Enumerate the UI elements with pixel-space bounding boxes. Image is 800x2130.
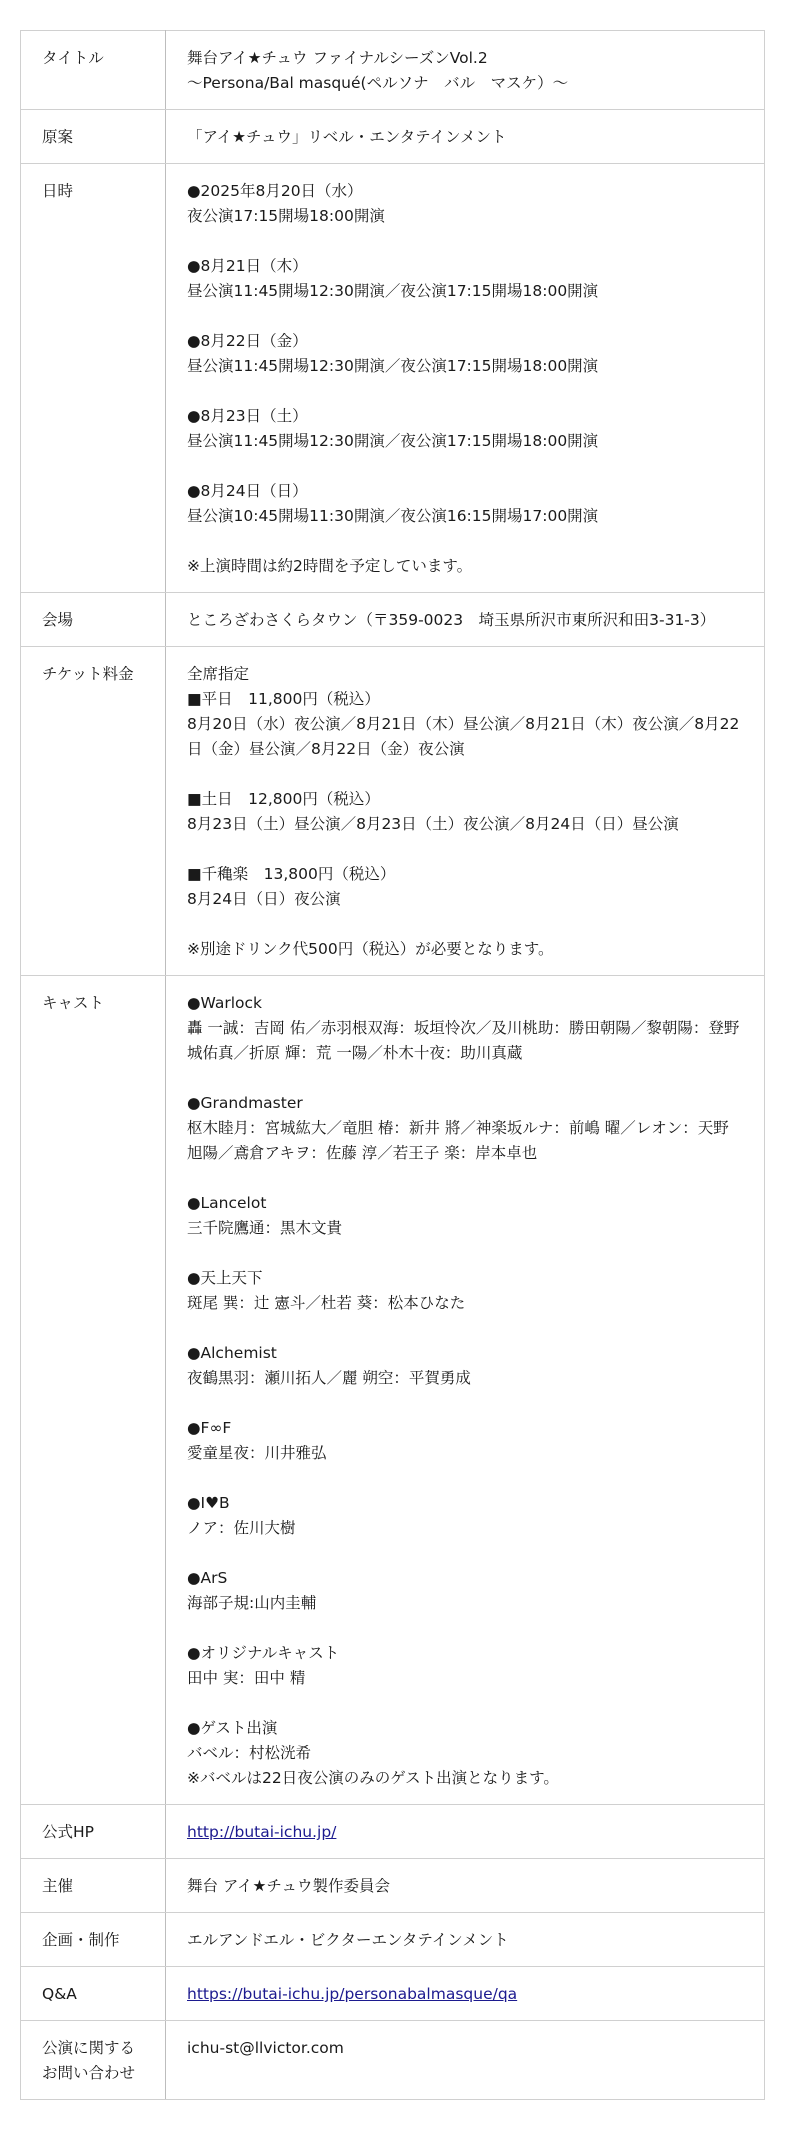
cast-group-members: 海部子規:山内圭輔: [187, 1591, 743, 1616]
ticket-tier-name: ■千穐楽 13,800円（税込）: [187, 862, 743, 887]
cast-group-members: 斑尾 巽：辻 憲斗／杜若 葵：松本ひなた: [187, 1291, 743, 1316]
cast-group-name: ●Grandmaster: [187, 1091, 743, 1116]
ticket-tier-name: ■土日 12,800円（税込）: [187, 787, 743, 812]
ticket-note: ※別途ドリンク代500円（税込）が必要となります。: [187, 937, 743, 962]
schedule-date: ●8月24日（日）: [187, 479, 743, 504]
schedule-date: ●8月22日（金）: [187, 329, 743, 354]
spacer: [187, 1316, 743, 1341]
cast-group-name: ●ArS: [187, 1566, 743, 1591]
spacer: [187, 762, 743, 787]
row-label: 主催: [21, 1859, 166, 1913]
row-value: 全席指定 ■平日 11,800円（税込） 8月20日（水）夜公演／8月21日（木…: [166, 647, 765, 976]
row-label: 企画・制作: [21, 1913, 166, 1967]
row-qa: Q&A https://butai-ichu.jp/personabalmasq…: [21, 1967, 765, 2021]
row-tickets: チケット料金 全席指定 ■平日 11,800円（税込） 8月20日（水）夜公演／…: [21, 647, 765, 976]
row-value: エルアンドエル・ビクターエンタテインメント: [166, 1913, 765, 1967]
schedule-date: ●2025年8月20日（水）: [187, 179, 743, 204]
cast-group-name: ●Warlock: [187, 991, 743, 1016]
row-contact: 公演に関する お問い合わせ ichu-st@llvictor.com: [21, 2021, 765, 2100]
spacer: [187, 1466, 743, 1491]
spacer: [187, 1241, 743, 1266]
cast-group-members: 三千院鷹通：黒木文貴: [187, 1216, 743, 1241]
ticket-tier-performances: 8月20日（水）夜公演／8月21日（木）昼公演／8月21日（木）夜公演／8月22…: [187, 712, 743, 762]
official-hp-link[interactable]: http://butai-ichu.jp/: [187, 1823, 336, 1841]
row-production: 企画・制作 エルアンドエル・ビクターエンタテインメント: [21, 1913, 765, 1967]
cast-group-members: ノア：佐川大樹: [187, 1516, 743, 1541]
spacer: [187, 1541, 743, 1566]
cast-group-members: 轟 一誠：吉岡 佑／赤羽根双海：坂垣怜次／及川桃助：勝田朝陽／黎朝陽：登野城佑真…: [187, 1016, 743, 1066]
row-label: 会場: [21, 593, 166, 647]
cast-group-name: ●オリジナルキャスト: [187, 1641, 743, 1666]
spacer: [187, 229, 743, 254]
schedule-times: 昼公演11:45開場12:30開演／夜公演17:15開場18:00開演: [187, 354, 743, 379]
spacer: [187, 912, 743, 937]
row-venue: 会場 ところざわさくらタウン（〒359-0023 埼玉県所沢市東所沢和田3-31…: [21, 593, 765, 647]
schedule-times: 昼公演10:45開場11:30開演／夜公演16:15開場17:00開演: [187, 504, 743, 529]
schedule-date: ●8月23日（土）: [187, 404, 743, 429]
schedule-times: 昼公演11:45開場12:30開演／夜公演17:15開場18:00開演: [187, 429, 743, 454]
spacer: [187, 1166, 743, 1191]
row-value: https://butai-ichu.jp/personabalmasque/q…: [166, 1967, 765, 2021]
cast-group-members: 田中 実：田中 精: [187, 1666, 743, 1691]
spacer: [187, 1691, 743, 1716]
ticket-tier-name: ■平日 11,800円（税込）: [187, 687, 743, 712]
cast-group-name: ●Alchemist: [187, 1341, 743, 1366]
spacer: [187, 529, 743, 554]
contact-label-line-2: お問い合わせ: [42, 2061, 144, 2086]
row-label: 原案: [21, 110, 166, 164]
ticket-seating: 全席指定: [187, 662, 743, 687]
row-value: 舞台アイ★チュウ ファイナルシーズンVol.2 ～Persona/Bal mas…: [166, 31, 765, 110]
spacer: [187, 454, 743, 479]
cast-group-name: ●天上天下: [187, 1266, 743, 1291]
row-value: ●Warlock 轟 一誠：吉岡 佑／赤羽根双海：坂垣怜次／及川桃助：勝田朝陽／…: [166, 976, 765, 1805]
schedule-note: ※上演時間は約2時間を予定しています。: [187, 554, 743, 579]
row-value: ところざわさくらタウン（〒359-0023 埼玉県所沢市東所沢和田3-31-3）: [166, 593, 765, 647]
spacer: [187, 379, 743, 404]
row-value: ●2025年8月20日（水） 夜公演17:15開場18:00開演 ●8月21日（…: [166, 164, 765, 593]
cast-group-members: 愛童星夜：川井雅弘: [187, 1441, 743, 1466]
row-value: 舞台 アイ★チュウ製作委員会: [166, 1859, 765, 1913]
cast-guest-note: ※バベルは22日夜公演のみのゲスト出演となります。: [187, 1766, 743, 1791]
row-label: タイトル: [21, 31, 166, 110]
row-label: Q&A: [21, 1967, 166, 2021]
ticket-tier-performances: 8月23日（土）昼公演／8月23日（土）夜公演／8月24日（日）昼公演: [187, 812, 743, 837]
row-value: http://butai-ichu.jp/: [166, 1805, 765, 1859]
cast-group-name: ●F∞F: [187, 1416, 743, 1441]
cast-group-name: ●I♥B: [187, 1491, 743, 1516]
spacer: [187, 1066, 743, 1091]
row-label: 日時: [21, 164, 166, 593]
schedule-times: 夜公演17:15開場18:00開演: [187, 204, 743, 229]
cast-group-members: 枢木睦月：宮城紘大／竜胆 椿：新井 將／神楽坂ルナ：前嶋 曜／レオン：天野旭陽／…: [187, 1116, 743, 1166]
contact-email: ichu-st@llvictor.com: [166, 2021, 765, 2100]
schedule-date: ●8月21日（木）: [187, 254, 743, 279]
cast-group-members: 夜鶴黒羽：瀬川拓人／麗 朔空：平賀勇成: [187, 1366, 743, 1391]
cast-group-name: ●Lancelot: [187, 1191, 743, 1216]
spacer: [187, 837, 743, 862]
row-label: キャスト: [21, 976, 166, 1805]
title-line-2: ～Persona/Bal masqué(ペルソナ バル マスケ）～: [187, 71, 743, 96]
row-title: タイトル 舞台アイ★チュウ ファイナルシーズンVol.2 ～Persona/Ba…: [21, 31, 765, 110]
ticket-tier-performances: 8月24日（日）夜公演: [187, 887, 743, 912]
row-schedule: 日時 ●2025年8月20日（水） 夜公演17:15開場18:00開演 ●8月2…: [21, 164, 765, 593]
row-original: 原案 「アイ★チュウ」リベル・エンタテインメント: [21, 110, 765, 164]
title-line-1: 舞台アイ★チュウ ファイナルシーズンVol.2: [187, 46, 743, 71]
row-label: 公式HP: [21, 1805, 166, 1859]
event-info-table: タイトル 舞台アイ★チュウ ファイナルシーズンVol.2 ～Persona/Ba…: [20, 30, 765, 2100]
cast-group-name: ●ゲスト出演: [187, 1716, 743, 1741]
spacer: [187, 304, 743, 329]
cast-group-members: バベル：村松洸希: [187, 1741, 743, 1766]
spacer: [187, 1391, 743, 1416]
contact-label-line-1: 公演に関する: [42, 2036, 144, 2061]
row-organizer: 主催 舞台 アイ★チュウ製作委員会: [21, 1859, 765, 1913]
row-cast: キャスト ●Warlock 轟 一誠：吉岡 佑／赤羽根双海：坂垣怜次／及川桃助：…: [21, 976, 765, 1805]
spacer: [187, 1616, 743, 1641]
row-value: 「アイ★チュウ」リベル・エンタテインメント: [166, 110, 765, 164]
qa-link[interactable]: https://butai-ichu.jp/personabalmasque/q…: [187, 1985, 517, 2003]
row-label: チケット料金: [21, 647, 166, 976]
row-label: 公演に関する お問い合わせ: [21, 2021, 166, 2100]
row-official-hp: 公式HP http://butai-ichu.jp/: [21, 1805, 765, 1859]
schedule-times: 昼公演11:45開場12:30開演／夜公演17:15開場18:00開演: [187, 279, 743, 304]
